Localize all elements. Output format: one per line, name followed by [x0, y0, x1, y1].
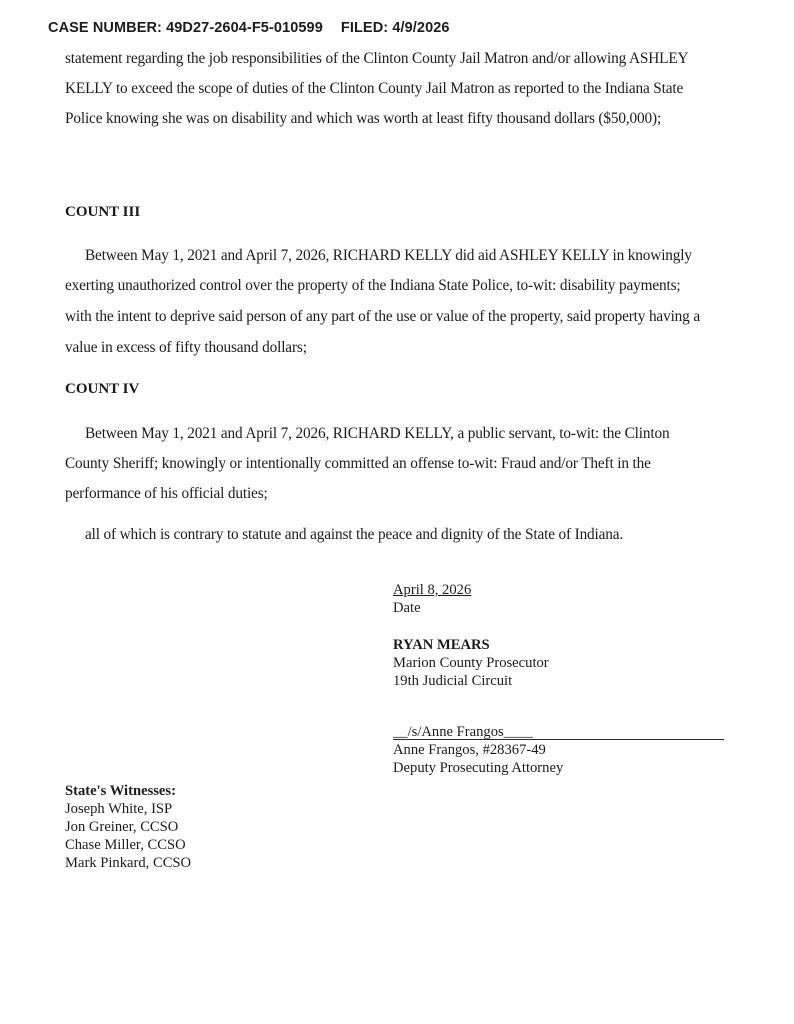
- count-iii-line: value in excess of fifty thousand dollar…: [65, 339, 307, 357]
- judicial-circuit: 19th Judicial Circuit: [393, 672, 549, 690]
- prosecutor-title: Marion County Prosecutor: [393, 654, 549, 672]
- case-header: CASE NUMBER: 49D27-2604-F5-010599FILED: …: [48, 20, 450, 36]
- witness-item: Jon Greiner, CCSO: [65, 818, 191, 836]
- continuation-line: Police knowing she was on disability and…: [65, 110, 661, 128]
- count-iv-line: County Sheriff; knowingly or intentional…: [65, 455, 651, 473]
- signer-name: Anne Frangos, #28367-49: [393, 741, 563, 759]
- count-iv-heading: COUNT IV: [65, 381, 139, 398]
- witnesses-heading: State's Witnesses:: [65, 782, 191, 800]
- witness-item: Mark Pinkard, CCSO: [65, 854, 191, 872]
- witness-item: Chase Miller, CCSO: [65, 836, 191, 854]
- continuation-line: KELLY to exceed the scope of duties of t…: [65, 80, 683, 98]
- count-iii-line: with the intent to deprive said person o…: [65, 308, 700, 326]
- count-iii-line: Between May 1, 2021 and April 7, 2026, R…: [85, 247, 692, 265]
- witness-list: State's Witnesses: Joseph White, ISP Jon…: [65, 782, 191, 872]
- document-page: CASE NUMBER: 49D27-2604-F5-010599FILED: …: [0, 0, 794, 1024]
- continuation-line: statement regarding the job responsibili…: [65, 50, 688, 68]
- prosecutor-name: RYAN MEARS: [393, 636, 549, 654]
- count-iii-line: exerting unauthorized control over the p…: [65, 277, 681, 295]
- signer-title: Deputy Prosecuting Attorney: [393, 759, 563, 777]
- date-label: Date: [393, 599, 471, 617]
- signature-block: April 8, 2026 Date: [393, 581, 471, 617]
- closing-statement: all of which is contrary to statute and …: [85, 526, 623, 544]
- prosecutor-block: RYAN MEARS Marion County Prosecutor 19th…: [393, 636, 549, 690]
- date-value: April 8, 2026: [393, 581, 471, 599]
- signature-line: [393, 739, 724, 740]
- filed-date: FILED: 4/9/2026: [341, 20, 450, 36]
- signer-block: __/s/Anne Frangos____ Anne Frangos, #283…: [393, 723, 563, 777]
- count-iv-line: performance of his official duties;: [65, 485, 268, 503]
- count-iv-line: Between May 1, 2021 and April 7, 2026, R…: [85, 425, 669, 443]
- case-number: CASE NUMBER: 49D27-2604-F5-010599: [48, 20, 323, 36]
- count-iii-heading: COUNT III: [65, 204, 140, 221]
- witness-item: Joseph White, ISP: [65, 800, 191, 818]
